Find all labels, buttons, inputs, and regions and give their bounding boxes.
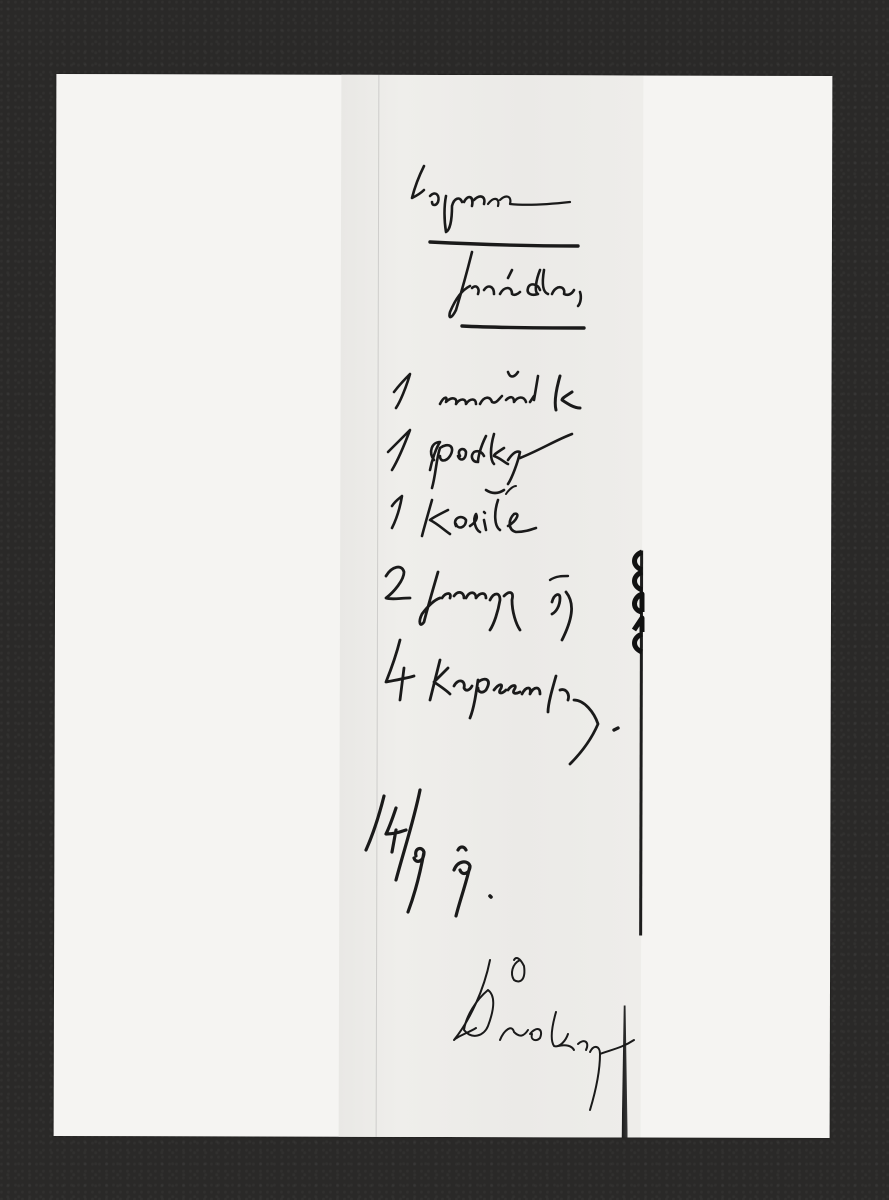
- title-underline-1: [430, 242, 578, 246]
- item-3-kosile: [392, 486, 536, 536]
- date: [366, 790, 491, 916]
- title-underline-2: [462, 326, 584, 328]
- item-4-puncochy: [386, 567, 572, 640]
- signature: [454, 958, 634, 1110]
- item-2-spodky: [388, 430, 572, 493]
- handwriting: [0, 0, 889, 1200]
- item-1-rucnik: [394, 372, 580, 410]
- title-seznam: [412, 166, 570, 232]
- title-pradla: [449, 252, 580, 317]
- stamp-mark: [634, 552, 642, 652]
- item-5-kapesniky: [386, 640, 618, 764]
